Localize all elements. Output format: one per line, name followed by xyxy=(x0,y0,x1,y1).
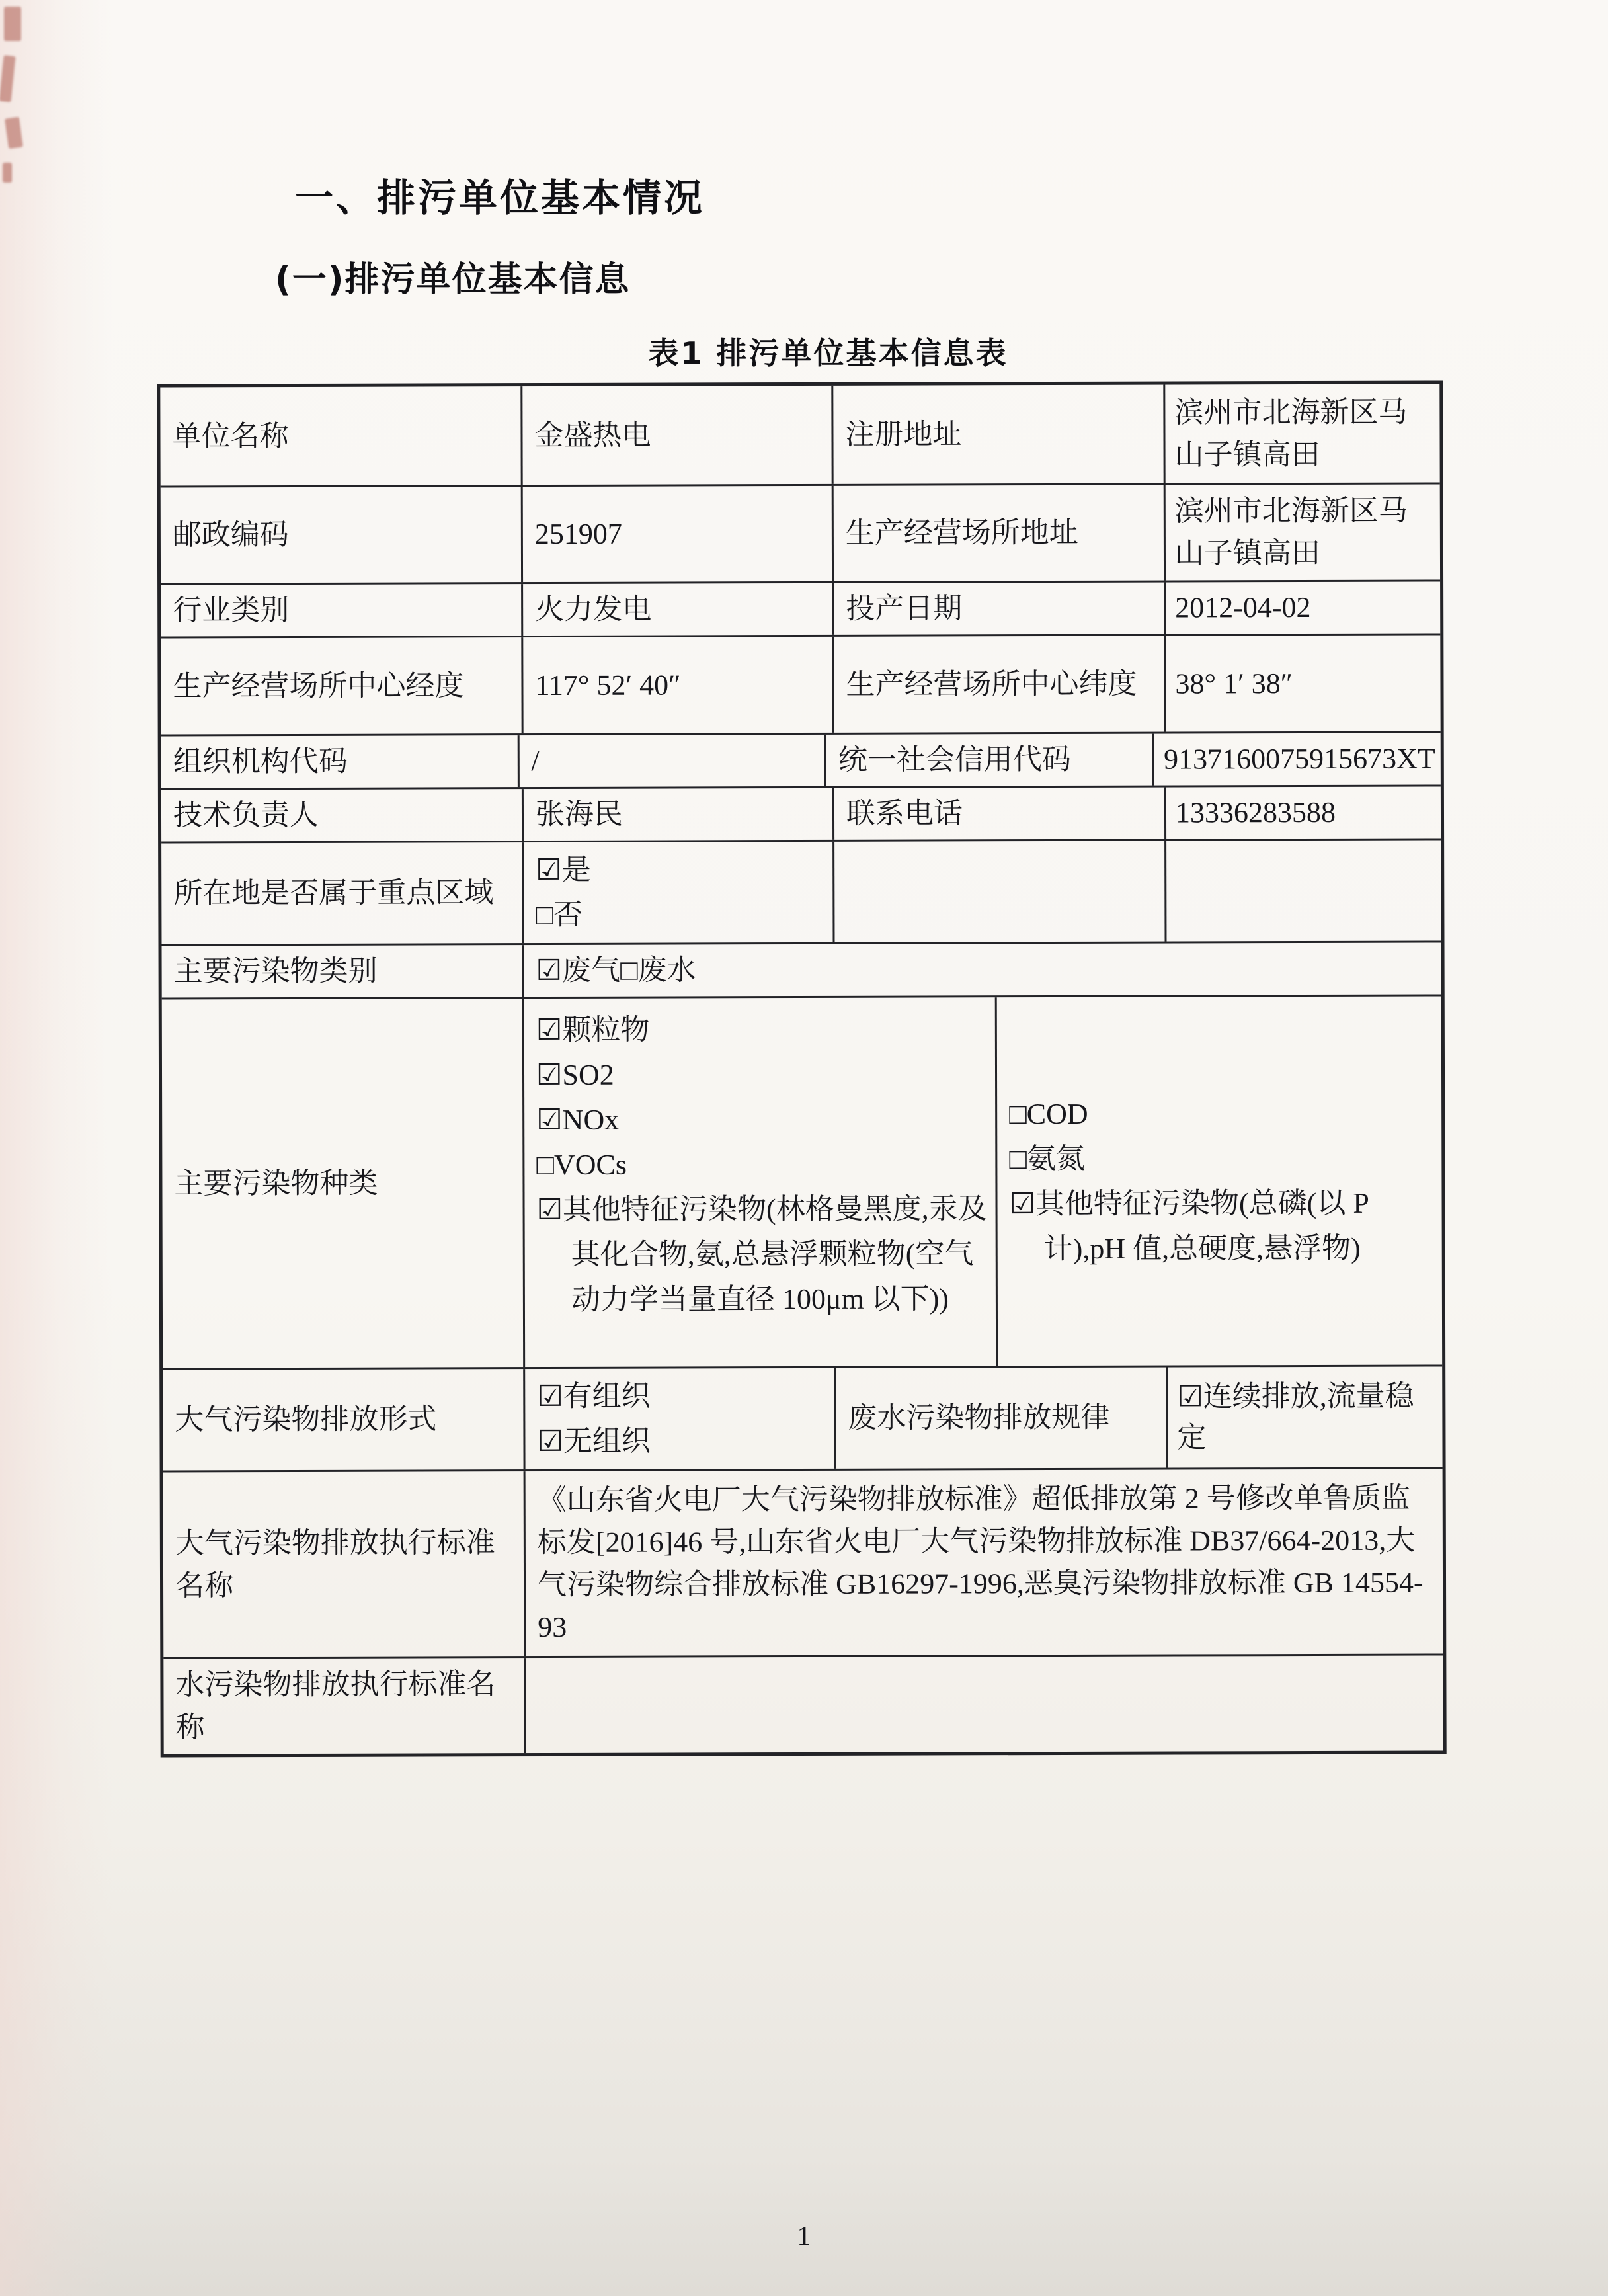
postal-code-label: 邮政编码 xyxy=(161,487,523,583)
table-row-unit-name: 单位名称 金盛热电 注册地址 滨州市北海新区马山子镇高田 xyxy=(160,384,1439,487)
table-row-emission-form: 大气污染物排放形式 ☑有组织 ☑无组织 废水污染物排放规律 ☑连续排放,流量稳定 xyxy=(163,1366,1442,1472)
table-row-water-standard: 水污染物排放执行标准名称 xyxy=(163,1655,1443,1754)
tech-manager-value: 张海民 xyxy=(524,788,834,840)
registered-address-label: 注册地址 xyxy=(833,385,1165,484)
air-standard-label: 大气污染物排放执行标准名称 xyxy=(163,1471,526,1657)
org-code-label: 组织机构代码 xyxy=(161,735,520,788)
table-row-org-code: 组织机构代码 / 统一社会信用代码 9137160075915673XT xyxy=(161,733,1441,790)
checkbox-vocs: □VOCs xyxy=(536,1141,987,1188)
pollutant-category-value: ☑废气□废水 xyxy=(524,942,1441,997)
table-row-pollutant-types: 主要污染物种类 ☑颗粒物 ☑SO2 ☑NOx □VOCs ☑其他特征污染物(林格… xyxy=(162,996,1442,1370)
wastewater-pattern-label: 废水污染物排放规律 xyxy=(836,1368,1168,1469)
air-emission-form-options: ☑有组织 ☑无组织 xyxy=(525,1368,836,1469)
table-row-air-standard: 大气污染物排放执行标准名称 《山东省火电厂大气污染物排放标准》超低排放第 2 号… xyxy=(163,1469,1443,1659)
checkbox-ammonia: □氨氮 xyxy=(1009,1135,1433,1182)
key-region-label: 所在地是否属于重点区域 xyxy=(161,842,524,944)
pollutant-types-label: 主要污染物种类 xyxy=(162,999,525,1368)
basic-info-table: 单位名称 金盛热电 注册地址 滨州市北海新区马山子镇高田 邮政编码 251907… xyxy=(157,380,1446,1757)
production-date-value: 2012-04-02 xyxy=(1166,581,1440,634)
longitude-value: 117° 52′ 40″ xyxy=(523,637,834,733)
registered-address-value: 滨州市北海新区马山子镇高田 xyxy=(1165,384,1439,483)
phone-label: 联系电话 xyxy=(834,788,1166,840)
checkbox-organized: ☑有组织 xyxy=(537,1373,826,1419)
water-standard-value xyxy=(526,1655,1443,1753)
latitude-value: 38° 1′ 38″ xyxy=(1166,635,1440,731)
production-date-label: 投产日期 xyxy=(834,583,1166,635)
water-standard-label: 水污染物排放执行标准名称 xyxy=(163,1658,526,1754)
credit-code-value: 9137160075915673XT xyxy=(1154,733,1441,785)
air-standard-value: 《山东省火电厂大气污染物排放标准》超低排放第 2 号修改单鲁质监标发[2016]… xyxy=(526,1469,1443,1656)
checkbox-so2: ☑SO2 xyxy=(536,1051,987,1098)
key-region-options: ☑是 □否 xyxy=(524,842,834,943)
empty-cell xyxy=(834,841,1166,942)
checkbox-nox: ☑NOx xyxy=(536,1096,987,1143)
table-row-coordinates: 生产经营场所中心经度 117° 52′ 40″ 生产经营场所中心纬度 38° 1… xyxy=(161,635,1440,736)
table-caption: 表1 排污单位基本信息表 xyxy=(185,329,1471,373)
table-row-postal-code: 邮政编码 251907 生产经营场所地址 滨州市北海新区马山子镇高田 xyxy=(161,484,1440,585)
pollutant-category-label: 主要污染物类别 xyxy=(162,945,524,997)
industry-category-label: 行业类别 xyxy=(161,584,523,636)
wastewater-pattern-value: ☑连续排放,流量稳定 xyxy=(1168,1366,1442,1467)
org-code-value: / xyxy=(519,735,826,787)
credit-code-label: 统一社会信用代码 xyxy=(826,734,1154,786)
scan-artifact-mark xyxy=(3,163,12,183)
scan-artifact-mark xyxy=(5,117,23,149)
checkbox-particulate: ☑颗粒物 xyxy=(536,1006,987,1053)
longitude-label: 生产经营场所中心经度 xyxy=(161,637,523,734)
checkbox-yes: ☑是 xyxy=(536,847,824,893)
tech-manager-label: 技术负责人 xyxy=(161,789,524,841)
business-site-address-label: 生产经营场所地址 xyxy=(834,485,1166,581)
checkbox-unorganized: ☑无组织 xyxy=(537,1418,826,1464)
industry-category-value: 火力发电 xyxy=(523,583,834,635)
empty-cell xyxy=(1166,840,1441,941)
unit-name-value: 金盛热电 xyxy=(522,386,833,485)
checkbox-other-water-pollutants: ☑其他特征污染物(总磷(以 P 计),pH 值,总硬度,悬浮物) xyxy=(1009,1180,1433,1272)
scanned-document-page: 一、排污单位基本情况 (一)排污单位基本信息 表1 排污单位基本信息表 单位名称… xyxy=(0,0,1608,2296)
subsection-title: (一)排污单位基本信息 xyxy=(275,251,631,301)
air-pollutant-list: ☑颗粒物 ☑SO2 ☑NOx □VOCs ☑其他特征污染物(林格曼黑度,汞及其化… xyxy=(524,997,998,1367)
table-row-industry: 行业类别 火力发电 投产日期 2012-04-02 xyxy=(161,581,1440,638)
scan-artifact-mark xyxy=(4,7,21,41)
table-row-contact: 技术负责人 张海民 联系电话 13336283588 xyxy=(161,786,1441,843)
unit-name-label: 单位名称 xyxy=(160,386,522,485)
water-pollutant-list: □COD □氨氮 ☑其他特征污染物(总磷(以 P 计),pH 值,总硬度,悬浮物… xyxy=(997,996,1442,1366)
table-row-pollutant-category: 主要污染物类别 ☑废气□废水 xyxy=(162,942,1441,999)
checkbox-cod: □COD xyxy=(1009,1090,1433,1137)
scan-artifact-mark xyxy=(0,55,16,102)
business-site-address-value: 滨州市北海新区马山子镇高田 xyxy=(1166,484,1440,580)
phone-value: 13336283588 xyxy=(1166,786,1441,839)
checkbox-no: □否 xyxy=(536,892,824,938)
postal-code-value: 251907 xyxy=(523,486,834,582)
table-row-key-region: 所在地是否属于重点区域 ☑是 □否 xyxy=(161,840,1441,946)
checkbox-other-air-pollutants: ☑其他特征污染物(林格曼黑度,汞及其化合物,氨,总悬浮颗粒物(空气动力学当量直径… xyxy=(536,1186,988,1323)
section-title: 一、排污单位基本情况 xyxy=(295,167,705,222)
page-number: 1 xyxy=(0,2221,1608,2252)
latitude-label: 生产经营场所中心纬度 xyxy=(834,636,1166,733)
air-emission-form-label: 大气污染物排放形式 xyxy=(163,1369,525,1470)
